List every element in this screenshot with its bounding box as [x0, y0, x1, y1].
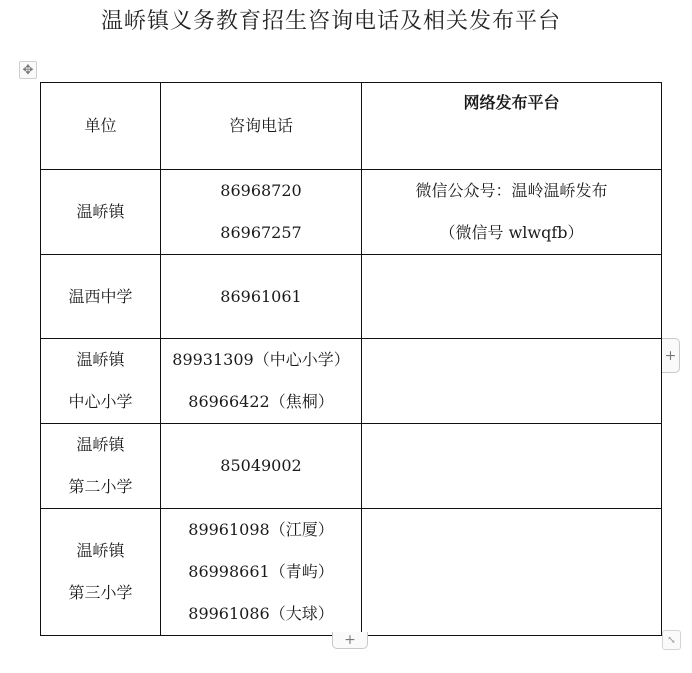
phone-cell[interactable]: 89961098（江厦） 86998661（青屿） 89961086（大球） — [161, 509, 362, 636]
unit-name: 第三小学 — [41, 572, 160, 614]
header-platform[interactable]: 网络发布平台 — [362, 83, 662, 170]
phone-number: 86967257 — [161, 212, 361, 254]
table-row: 温峤镇 中心小学 89931309（中心小学） 86966422（焦桐） — [41, 339, 662, 424]
phone-number: 86998661（青屿） — [161, 551, 361, 593]
table-row: 温峤镇 第二小学 85049002 — [41, 424, 662, 509]
phone-number: 89961098（江厦） — [161, 509, 361, 551]
unit-name: 温峤镇 — [41, 424, 160, 466]
move-icon: ✥ — [23, 63, 34, 78]
unit-cell[interactable]: 温峤镇 中心小学 — [41, 339, 161, 424]
document-title: 温峤镇义务教育招生咨询电话及相关发布平台 — [0, 4, 692, 35]
phone-cell[interactable]: 86968720 86967257 — [161, 170, 362, 255]
table-row: 温峤镇 86968720 86967257 微信公众号：温岭温峤发布 （微信号 … — [41, 170, 662, 255]
platform-cell[interactable] — [362, 255, 662, 339]
unit-cell[interactable]: 温峤镇 第二小学 — [41, 424, 161, 509]
plus-icon: + — [665, 348, 677, 364]
table-header-row: 单位 咨询电话 网络发布平台 — [41, 83, 662, 170]
platform-cell[interactable] — [362, 424, 662, 509]
unit-name: 温峤镇 — [41, 339, 160, 381]
unit-name: 中心小学 — [41, 381, 160, 423]
phone-cell[interactable]: 89931309（中心小学） 86966422（焦桐） — [161, 339, 362, 424]
add-column-button[interactable]: + — [662, 338, 680, 373]
unit-cell[interactable]: 温峤镇 — [41, 170, 161, 255]
plus-icon: + — [344, 632, 356, 648]
platform-text: （微信号 wlwqfb） — [362, 212, 661, 254]
unit-cell[interactable]: 温峤镇 第三小学 — [41, 509, 161, 636]
platform-cell[interactable] — [362, 509, 662, 636]
phone-number: 89961086（大球） — [161, 593, 361, 635]
table-resize-handle[interactable]: ⤡ — [662, 630, 681, 650]
unit-name: 温峤镇 — [41, 191, 160, 233]
header-phone[interactable]: 咨询电话 — [161, 83, 362, 170]
contact-table: 单位 咨询电话 网络发布平台 温峤镇 86968720 86967257 微信公… — [40, 82, 662, 636]
phone-number: 86961061 — [161, 276, 361, 318]
platform-cell[interactable]: 微信公众号：温岭温峤发布 （微信号 wlwqfb） — [362, 170, 662, 255]
unit-cell[interactable]: 温西中学 — [41, 255, 161, 339]
unit-name: 温峤镇 — [41, 530, 160, 572]
resize-icon: ⤡ — [667, 635, 675, 646]
phone-cell[interactable]: 86961061 — [161, 255, 362, 339]
header-unit[interactable]: 单位 — [41, 83, 161, 170]
add-row-button[interactable]: + — [332, 632, 368, 649]
phone-number: 85049002 — [161, 445, 361, 487]
phone-number: 86968720 — [161, 170, 361, 212]
phone-cell[interactable]: 85049002 — [161, 424, 362, 509]
unit-name: 第二小学 — [41, 466, 160, 508]
table-move-handle[interactable]: ✥ — [19, 61, 37, 79]
phone-number: 89931309（中心小学） — [161, 339, 361, 381]
table-row: 温峤镇 第三小学 89961098（江厦） 86998661（青屿） 89961… — [41, 509, 662, 636]
platform-text: 微信公众号：温岭温峤发布 — [362, 170, 661, 212]
table-row: 温西中学 86961061 — [41, 255, 662, 339]
phone-number: 86966422（焦桐） — [161, 381, 361, 423]
platform-cell[interactable] — [362, 339, 662, 424]
unit-name: 温西中学 — [41, 276, 160, 318]
